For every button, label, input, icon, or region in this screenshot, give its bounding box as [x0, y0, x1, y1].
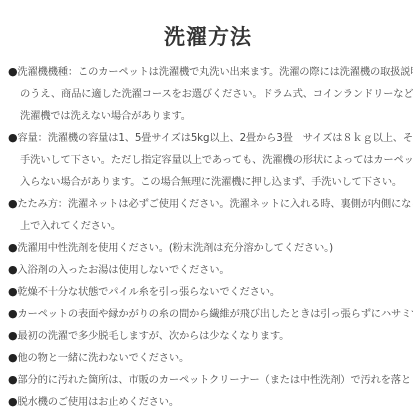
instruction-line: 手洗いして下さい。ただし指定容量以上であっても、洗濯機の形状によってはカーペット…: [8, 149, 413, 171]
bullet-icon: ●: [8, 263, 17, 276]
bullet-icon: ●: [8, 307, 17, 320]
instruction-item-bath-water: ●入浴剤の入ったお湯は使用しないでください。: [8, 259, 413, 281]
instruction-line: 洗濯機では洗えない場合があります。: [8, 105, 413, 127]
page-title: 洗濯方法: [0, 24, 416, 50]
instruction-item-detergent: ●洗濯用中性洗剤を使用ください。(粉末洗剤は充分溶かしてください。): [8, 237, 413, 259]
bullet-icon: ●: [8, 241, 17, 254]
bullet-icon: ●: [8, 395, 17, 408]
bullet-icon: ●: [8, 351, 17, 364]
bullet-icon: ●: [8, 65, 17, 78]
bullet-icon: ●: [8, 131, 17, 144]
bullet-icon: ●: [8, 373, 17, 386]
instruction-item-spin-dryer: ●脱水機のご使用はお止めください。: [8, 391, 413, 413]
bullet-icon: ●: [8, 329, 17, 342]
instruction-line: のうえ、商品に適した洗濯コースをお選びください。ドラム式、コインランドリーなどの…: [8, 83, 413, 105]
instruction-item-folding: ●たたみ方：洗濯ネットは必ずご使用ください。洗濯ネットに入れる時、裏側が内側にな…: [8, 193, 413, 215]
instruction-line: 上で入れてください。: [8, 215, 413, 237]
instruction-line: 入らない場合があります。この場合無理に洗濯機に押し込まず、手洗いして下さい。: [8, 171, 413, 193]
instruction-item-fiber: ●カーペットの表面や縁かがりの糸の間から繊維が飛び出したときは引っ張らずにハサミ…: [8, 303, 413, 325]
washing-instructions-list: ●洗濯機機種：このカーペットは洗濯機で丸洗い出来ます。洗濯の際には洗濯機の取扱説…: [8, 61, 413, 413]
instruction-item-machine-type: ●洗濯機機種：このカーペットは洗濯機で丸洗い出来ます。洗濯の際には洗濯機の取扱説…: [8, 61, 413, 83]
instruction-item-spot-cleaning: ●部分的に汚れた箇所は、市販のカーペットクリーナー（または中性洗剤）で汚れを落と…: [8, 369, 413, 391]
bullet-icon: ●: [8, 285, 17, 298]
instruction-item-capacity: ●容量：洗濯機の容量は1、5畳サイズは5kg以上、2畳から3畳 サイズは８ｋｇ以…: [8, 127, 413, 149]
bullet-icon: ●: [8, 197, 17, 210]
instruction-item-drying: ●乾燥不十分な状態でパイル糸を引っ張らないでください。: [8, 281, 413, 303]
instruction-item-separate-wash: ●他の物と一緒に洗わないでください。: [8, 347, 413, 369]
instruction-item-shedding: ●最初の洗濯で多少脱毛しますが、次からは少なくなります。: [8, 325, 413, 347]
